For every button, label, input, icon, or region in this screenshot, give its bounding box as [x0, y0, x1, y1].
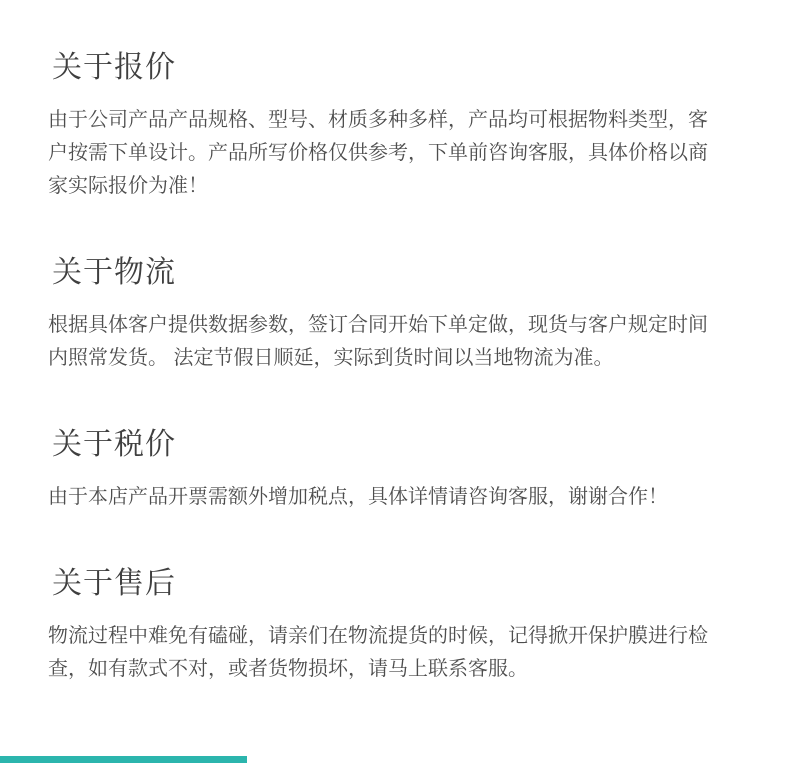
- section-quote-title: 关于报价: [52, 50, 724, 86]
- section-quote-body: 由于公司产品产品规格、型号、材质多种多样，产品均可根据物料类型，客户按需下单设计…: [48, 104, 720, 203]
- notice-content: 关于报价 由于公司产品产品规格、型号、材质多种多样，产品均可根据物料类型，客户按…: [0, 0, 790, 686]
- section-logistics: 关于物流 根据具体客户提供数据参数，签订合同开始下单定做，现货与客户规定时间内照…: [48, 255, 724, 375]
- product-notice-page: 关于报价 由于公司产品产品规格、型号、材质多种多样，产品均可根据物料类型，客户按…: [0, 0, 790, 763]
- section-after-sales: 关于售后 物流过程中难免有磕碰，请亲们在物流提货的时候，记得掀开保护膜进行检查，…: [48, 566, 724, 686]
- section-after-sales-title: 关于售后: [52, 566, 724, 602]
- section-tax-body: 由于本店产品开票需额外增加税点，具体详情请咨询客服，谢谢合作！: [48, 481, 720, 514]
- section-logistics-title: 关于物流: [52, 255, 724, 291]
- section-after-sales-body: 物流过程中难免有磕碰，请亲们在物流提货的时候，记得掀开保护膜进行检查，如有款式不…: [48, 620, 720, 686]
- section-logistics-body: 根据具体客户提供数据参数，签订合同开始下单定做，现货与客户规定时间内照常发货。 …: [48, 309, 720, 375]
- horizontal-scrollbar-thumb[interactable]: [0, 756, 247, 763]
- section-quote: 关于报价 由于公司产品产品规格、型号、材质多种多样，产品均可根据物料类型，客户按…: [48, 50, 724, 203]
- section-tax-title: 关于税价: [52, 427, 724, 463]
- section-tax: 关于税价 由于本店产品开票需额外增加税点，具体详情请咨询客服，谢谢合作！: [48, 427, 724, 514]
